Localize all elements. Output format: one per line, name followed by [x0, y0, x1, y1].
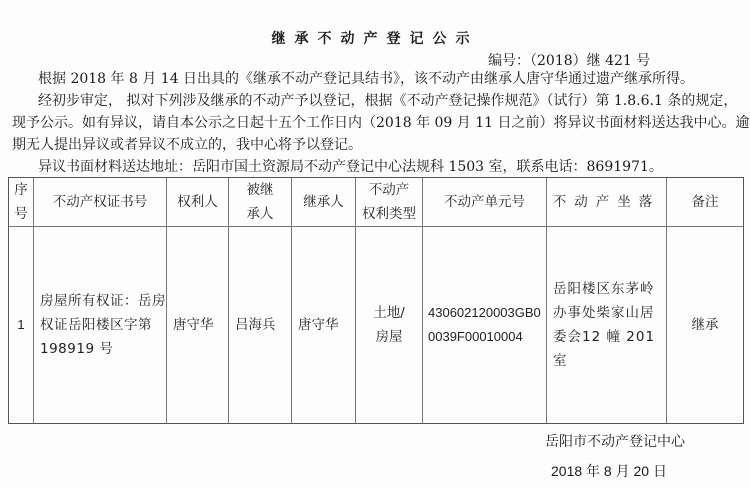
cell-cert-no: 房屋所有权证：岳房权证岳阳楼区字第198919 号 [34, 227, 166, 423]
cell-location: 岳阳楼区东茅岭办事处柴家山居委会12 幢 201 室 [547, 227, 666, 423]
header-remark: 备注 [667, 178, 743, 226]
header-right-type-line1: 不动产 [369, 178, 410, 202]
header-seq: 序 号 [9, 178, 33, 226]
cell-decedent: 吕海兵 [229, 227, 291, 423]
cell-heir: 唐守华 [292, 227, 355, 423]
header-right-holder: 权利人 [167, 178, 228, 226]
header-decedent-line2: 承人 [247, 202, 274, 226]
header-heir: 继承人 [292, 178, 355, 226]
header-right-type-line2: 权利类型 [362, 202, 416, 226]
cell-right-holder: 唐守华 [167, 227, 228, 423]
issue-date: 2018 年 8 月 20 日 [551, 461, 667, 481]
header-cert-no: 不动产权证书号 [34, 178, 166, 226]
paragraph-review-line3: 期无人提出异议或者异议不成立的，我中心将予以登记。 [12, 134, 362, 156]
issuer-signature: 岳阳市不动产登记中心 [545, 431, 685, 451]
cell-remark: 继承 [667, 227, 743, 423]
cell-seq: 1 [9, 227, 33, 423]
header-unit-no: 不动产单元号 [423, 178, 546, 226]
paragraph-review-line2: 现予公示。如有异议，请自本公示之日起十五个工作日内（2018 年 09 月 11… [12, 112, 750, 134]
paragraph-objection-address: 异议书面材料送达地址：岳阳市国土资源局不动产登记中心法规科 1503 室，联系电… [38, 156, 663, 178]
header-location: 不动产坐落 [547, 178, 666, 226]
header-right-type: 不动产 权利类型 [356, 178, 422, 226]
paragraph-review-line1: 经初步审定， 拟对下列涉及继承的不动产予以登记，根据《不动产登记操作规范》（试行… [38, 90, 737, 112]
header-seq-line1: 序 [14, 178, 28, 202]
cell-unit-no: 430602120003GB00039F00010004 [423, 227, 546, 423]
paragraph-basis: 根据 2018 年 8 月 14 日出具的《继承不动产登记具结书》，该不动产由继… [38, 68, 694, 90]
document-number: 编号：（2018）继 421 号 [488, 50, 650, 70]
header-decedent-line1: 被继 [247, 178, 274, 202]
page-title: 继承不动产登记公示 [0, 28, 750, 48]
header-seq-line2: 号 [14, 202, 28, 226]
cell-right-type: 土地/房屋 [356, 227, 422, 423]
registration-table: 序 号 不动产权证书号 权利人 被继 承人 继承人 不动产 权利类型 不动产单元… [8, 177, 744, 424]
header-decedent: 被继 承人 [229, 178, 291, 226]
